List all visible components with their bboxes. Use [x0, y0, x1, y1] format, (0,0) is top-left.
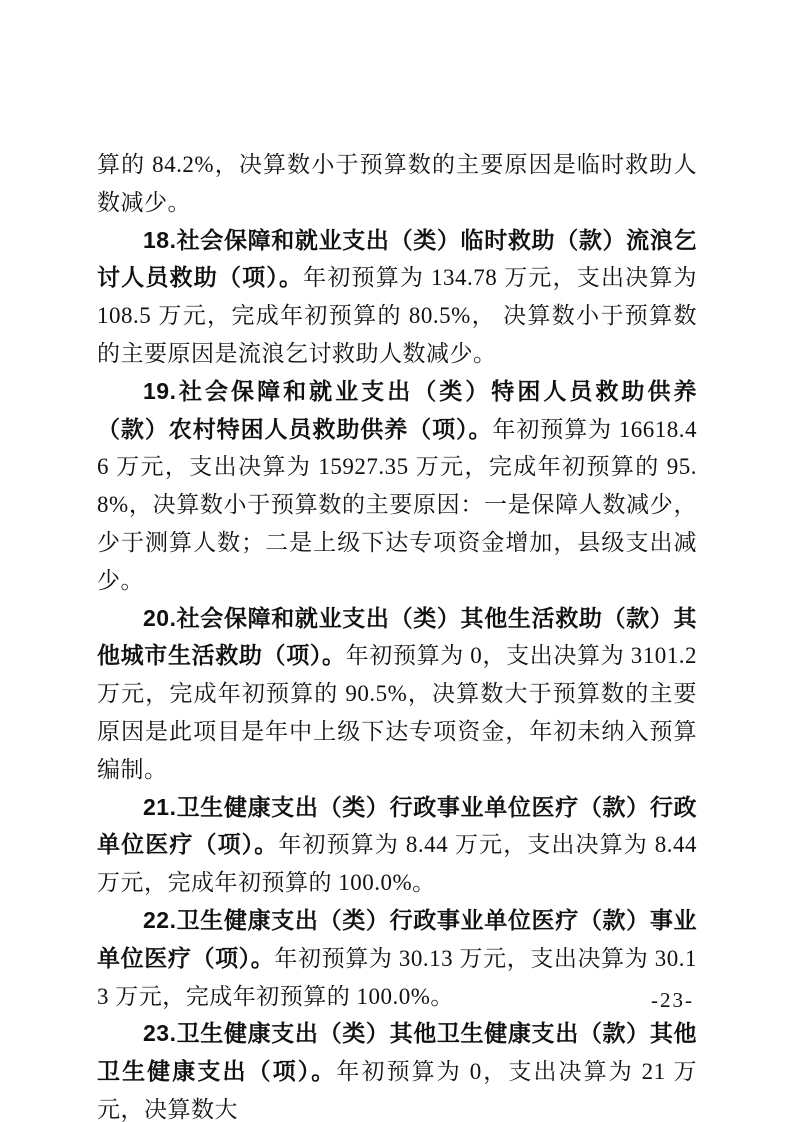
document-body: 算的 84.2%，决算数小于预算数的主要原因是临时救助人数减少。 18.社会保障… — [97, 146, 697, 1122]
page-number: -23- — [651, 988, 694, 1013]
continuation-paragraph: 算的 84.2%，决算数小于预算数的主要原因是临时救助人数减少。 — [97, 146, 697, 222]
numbered-paragraph-19: 19.社会保障和就业支出（类）特困人员救助供养（款）农村特困人员救助供养（项）。… — [97, 373, 697, 600]
document-page: 算的 84.2%，决算数小于预算数的主要原因是临时救助人数减少。 18.社会保障… — [0, 0, 793, 1122]
numbered-paragraph-22: 22.卫生健康支出（类）行政事业单位医疗（款）事业单位医疗（项）。年初预算为 3… — [97, 902, 697, 1015]
numbered-paragraph-18: 18.社会保障和就业支出（类）临时救助（款）流浪乞讨人员救助（项）。年初预算为 … — [97, 222, 697, 373]
numbered-paragraph-23: 23.卫生健康支出（类）其他卫生健康支出（款）其他卫生健康支出（项）。年初预算为… — [97, 1015, 697, 1122]
numbered-paragraph-20: 20.社会保障和就业支出（类）其他生活救助（款）其他城市生活救助（项）。年初预算… — [97, 600, 697, 789]
paragraph-body: 年初预算为 16618.46 万元，支出决算为 15927.35 万元，完成年初… — [97, 417, 697, 593]
numbered-paragraph-21: 21.卫生健康支出（类）行政事业单位医疗（款）行政单位医疗（项）。年初预算为 8… — [97, 789, 697, 902]
